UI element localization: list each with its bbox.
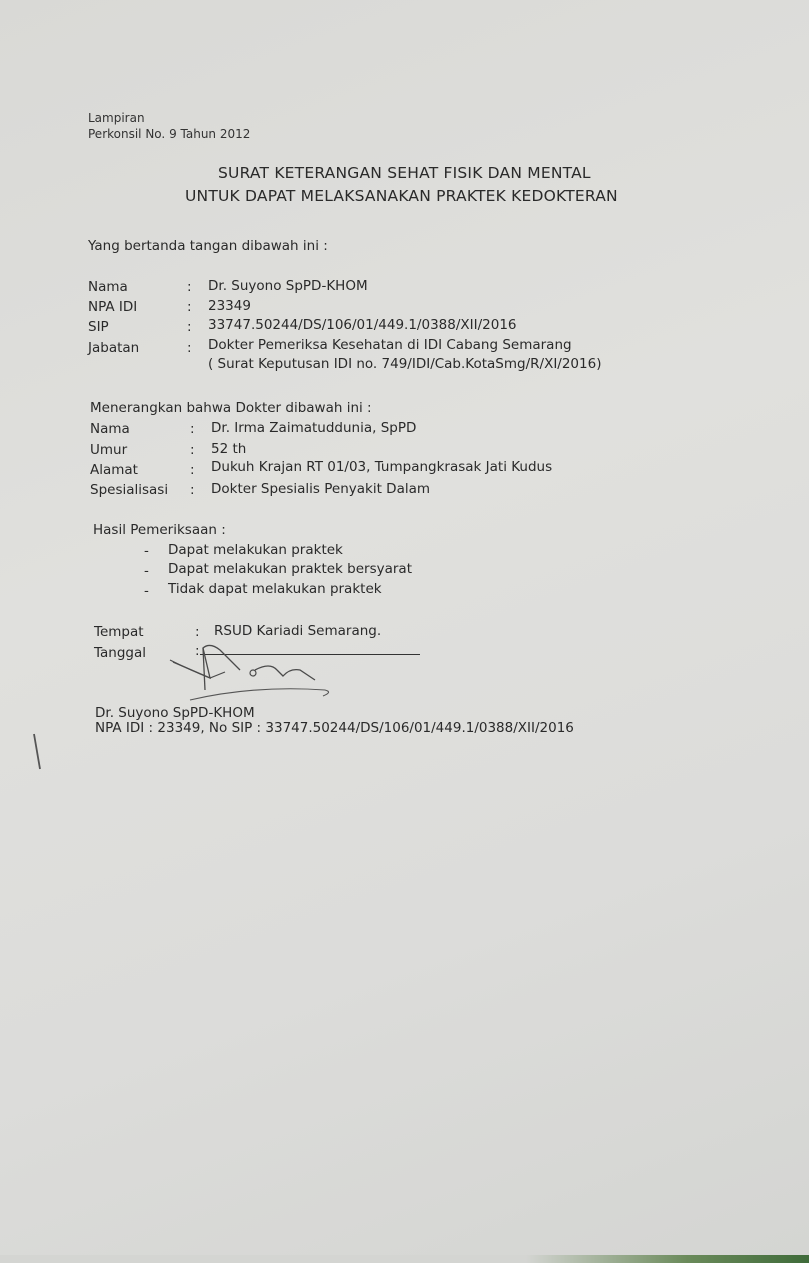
subject-specialization-value: Dokter Spesialis Penyakit Dalam xyxy=(211,481,430,497)
subject-specialization-label: Spesialisasi xyxy=(90,482,168,498)
subject-address-label: Alamat xyxy=(90,462,138,478)
signer-npa-label: NPA IDI xyxy=(88,299,137,315)
subject-name-value: Dr. Irma Zaimatuddunia, SpPD xyxy=(211,420,416,436)
attachment-label: Lampiran xyxy=(88,111,145,125)
colon: : xyxy=(187,299,192,315)
signer-decree-note: ( Surat Keputusan IDI no. 749/IDI/Cab.Ko… xyxy=(208,356,601,372)
subject-age-value: 52 th xyxy=(211,441,246,457)
intro-text: Yang bertanda tangan dibawah ini : xyxy=(88,238,328,254)
signer-position-label: Jabatan xyxy=(88,340,139,356)
bullet-dash: - xyxy=(144,563,149,579)
result-option: Tidak dapat melakukan praktek xyxy=(168,581,382,597)
bullet-dash: - xyxy=(144,543,149,559)
colon: : xyxy=(187,340,192,356)
signer-sip-value: 33747.50244/DS/106/01/449.1/0388/XII/201… xyxy=(208,317,517,333)
colon: : xyxy=(190,482,195,498)
colon: : xyxy=(190,421,195,437)
regulation-reference: Perkonsil No. 9 Tahun 2012 xyxy=(88,127,250,141)
date-label: Tanggal xyxy=(94,645,146,661)
document-title-line2: UNTUK DAPAT MELAKSANAKAN PRAKTEK KEDOKTE… xyxy=(185,187,618,205)
pen-mark xyxy=(33,733,43,773)
bullet-dash: - xyxy=(144,583,149,599)
signer-position-value: Dokter Pemeriksa Kesehatan di IDI Cabang… xyxy=(208,337,572,353)
signer-name-label: Nama xyxy=(88,279,128,295)
background-surface xyxy=(0,1255,809,1263)
colon: : xyxy=(187,279,192,295)
signer-npa-value: 23349 xyxy=(208,298,251,314)
signer-credentials: NPA IDI : 23349, No SIP : 33747.50244/DS… xyxy=(95,720,574,736)
subject-name-label: Nama xyxy=(90,421,130,437)
place-value: RSUD Kariadi Semarang. xyxy=(214,623,381,639)
signer-name-value: Dr. Suyono SpPD-KHOM xyxy=(208,278,368,294)
document-page: Lampiran Perkonsil No. 9 Tahun 2012 SURA… xyxy=(0,0,809,1263)
subject-address-value: Dukuh Krajan RT 01/03, Tumpangkrasak Jat… xyxy=(211,459,552,475)
results-heading: Hasil Pemeriksaan : xyxy=(93,522,226,538)
signature-scribble xyxy=(165,640,335,705)
result-option: Dapat melakukan praktek xyxy=(168,542,343,558)
place-label: Tempat xyxy=(94,624,144,640)
colon: : xyxy=(190,462,195,478)
colon: : xyxy=(190,442,195,458)
signer-printed-name: Dr. Suyono SpPD-KHOM xyxy=(95,705,255,721)
colon: : xyxy=(195,624,200,640)
signer-sip-label: SIP xyxy=(88,319,109,335)
subject-intro-text: Menerangkan bahwa Dokter dibawah ini : xyxy=(90,400,372,416)
colon: : xyxy=(187,319,192,335)
result-option: Dapat melakukan praktek bersyarat xyxy=(168,561,412,577)
document-title-line1: SURAT KETERANGAN SEHAT FISIK DAN MENTAL xyxy=(218,164,591,182)
subject-age-label: Umur xyxy=(90,442,127,458)
